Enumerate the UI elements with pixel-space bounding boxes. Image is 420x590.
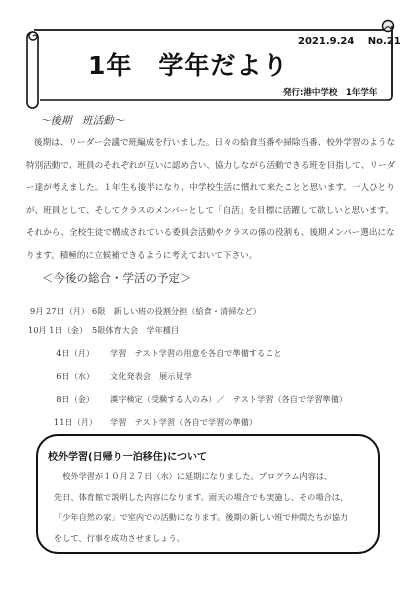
schedule-date: 11日（月） [54, 417, 97, 428]
section-heading-class-activities: 〜後期 班活動〜 [40, 113, 124, 128]
paragraph-line: 後期は、リーダー会議で班編成を行いました。日々の給食当番や掃除当番、校外学習のよ… [26, 132, 396, 155]
schedule-date: 6日（水） [48, 371, 94, 382]
schedule-title: ＜今後の総合・学活の予定＞ [42, 270, 192, 286]
paragraph-line: が、班員として、そしてクラスのメンバーとして「自活」を目標に活躍して欲しいと思い… [26, 200, 396, 223]
paragraph-line: ー達が考えました。１年生も後半になり、中学校生活に慣れて来たことと思います。一人… [26, 177, 396, 200]
notice-line: 「少年自然の家」で室内での活動になります。後期の新しい班で仲間たちが協力 [54, 507, 376, 528]
notice-line: をして、行事を成功させましょう。 [54, 528, 376, 549]
schedule-date: 4日（月） [48, 348, 94, 359]
schedule-text: 文化発表会 展示見学 [110, 371, 192, 382]
paragraph-line: 特別活動で、班員のそれぞれが互いに認め合い、協力しながら活動できる班を目指して、… [26, 155, 396, 178]
notice-title: 校外学習(日帰り一泊移住)について [48, 448, 207, 463]
newsletter-title: 1年 学年だより [88, 46, 288, 82]
field-trip-notice-box: 校外学習(日帰り一泊移住)について 校外学習が１０月２７日（水）に延期になりまし… [36, 434, 380, 554]
title-scroll-banner: 2021.9.24 No.21 1年 学年だより 発行:港中学校 1年学年 [0, 0, 420, 110]
issue-date-number: 2021.9.24 No.21 [298, 32, 401, 47]
notice-line: 先日、体育館で説明した内容になります。雨天の場合でも実施し、その場合は、 [54, 487, 376, 508]
notice-body: 校外学習が１０月２７日（水）に延期になりました。プログラム内容は、 先日、体育館… [54, 466, 376, 548]
schedule-text: 5限体育大会 学年種目 [92, 325, 179, 336]
schedule-text: 6限 新しい班の役割分担（給食・清掃など） [92, 306, 261, 317]
publisher-line: 発行:港中学校 1年学年 [283, 86, 377, 98]
schedule-text: 学習 テスト学習（各自で学習の準備） [110, 417, 257, 428]
paragraph-line: それから、全校生徒で構成されている委員会活動やクラスの係の役割も、後期メンバー選… [26, 222, 396, 245]
class-activities-paragraph: 後期は、リーダー会議で班編成を行いました。日々の給食当番や掃除当番、校外学習のよ… [26, 132, 396, 268]
notice-line: 校外学習が１０月２７日（水）に延期になりました。プログラム内容は、 [54, 466, 376, 487]
schedule-date: 10月 1日（金） [28, 325, 87, 336]
paragraph-line: ります。積極的に立候補できるように考えておいて下さい。 [26, 245, 396, 268]
schedule-date: 8日（金） [48, 394, 94, 405]
schedule-date: 9月 27日（月） [30, 306, 89, 317]
schedule-text: 学習 テスト学習の用意を各自で準備すること [110, 348, 282, 359]
schedule-text: 漢字検定（受験する人のみ）／ テスト学習（各自で学習準備） [110, 394, 347, 405]
